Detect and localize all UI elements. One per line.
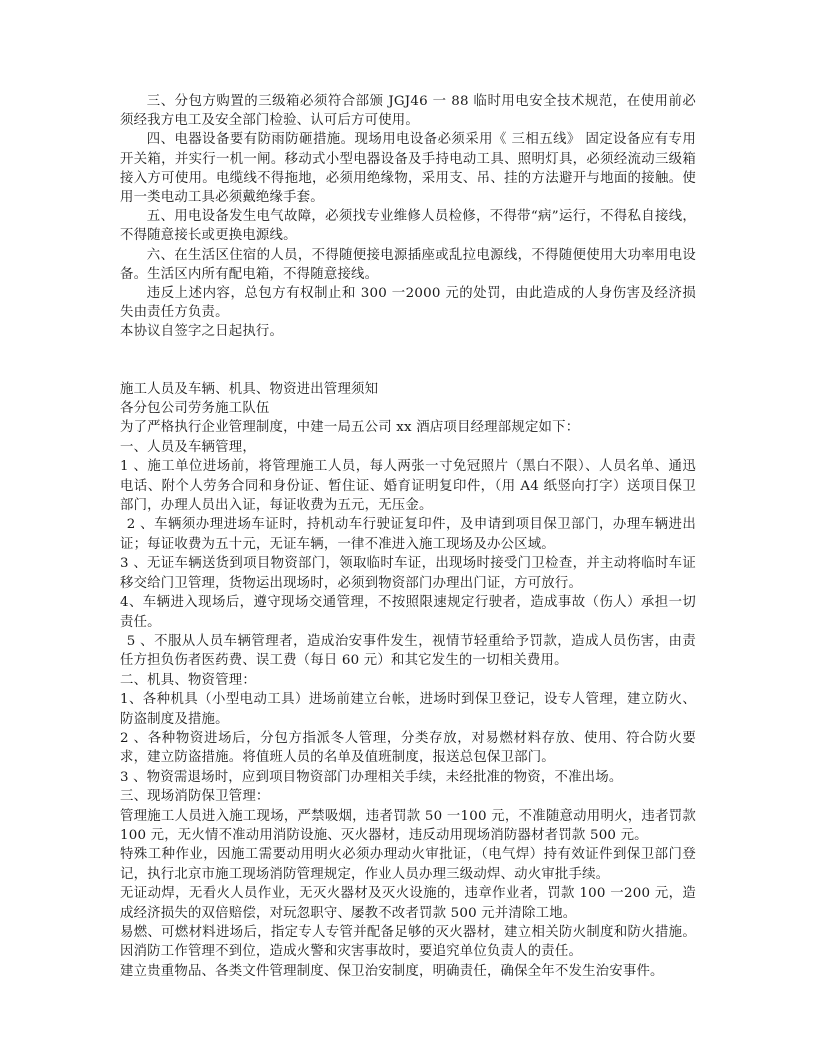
part3-item: 管理施工人员进入施工现场，严禁吸烟，违者罚款 50 一100 元，不准随意动用明… <box>120 807 696 846</box>
part1-heading: 一、人员及车辆管理， <box>120 438 696 457</box>
notice-title: 施工人员及车辆、机具、物资进出管理须知 <box>120 380 696 399</box>
notice-intro: 为了严格执行企业管理制度，中建一局五公司 xx 酒店项目经理部规定如下： <box>120 418 696 437</box>
part3-item: 建立贵重物品、各类文件管理制度、保卫治安制度，明确责任，确保全年不发生治安事件。 <box>120 962 696 981</box>
part3-heading: 三、现场消防保卫管理： <box>120 787 696 806</box>
paragraph-item-4: 四、电器设备要有防雨防砸措施。现场用电设备必须采用《 三相五线》 固定设备应有专… <box>120 130 696 207</box>
part3-item: 无证动焊，无看火人员作业，无灭火器材及灭火设施的，违章作业者，罚款 100 一2… <box>120 884 696 923</box>
paragraph-penalty: 违反上述内容，总包方有权制止和 300 一2000 元的处罚，由此造成的人身伤害… <box>120 284 696 322</box>
section-spacer <box>120 342 696 380</box>
part3-item: 特殊工种作业，因施工需要动用明火必须办理动火审批证，（电气焊）持有效证件到保卫部… <box>120 845 696 884</box>
part1-item: 2 、车辆须办理进场车证时，持机动车行驶证复印件，及申请到项目保卫部门，办理车辆… <box>120 515 696 554</box>
part1-item: 4、车辆进入现场后，遵守现场交通管理，不按照限速规定行驶者，造成事故（伤人）承担… <box>120 593 696 632</box>
part3-item: 易燃、可燃材料进场后，指定专人专管并配备足够的灭火器材，建立相关防火制度和防火措… <box>120 923 696 962</box>
notice-addressee: 各分包公司劳务施工队伍 <box>120 399 696 418</box>
part2-item: 3 、物资需退场时，应到项目物资部门办理相关手续，未经批准的物资，不准出场。 <box>120 768 696 787</box>
document-page: 三、分包方购置的三级箱必须符合部颁 JGJ46 一 88 临时用电安全技术规范，… <box>120 92 696 981</box>
paragraph-item-6: 六、在生活区住宿的人员，不得随便接电源插座或乱拉电源线，不得随便使用大功率用电设… <box>120 246 696 284</box>
part2-item: 1、各种机具（小型电动工具）进场前建立台帐，进场时到保卫登记，设专人管理，建立防… <box>120 690 696 729</box>
part1-item: 1 、施工单位进场前，将管理施工人员，每人两张一寸免冠照片（黑白不限）、人员名单… <box>120 457 696 515</box>
part2-item: 2 、各种物资进场后，分包方指派冬人管理，分类存放，对易燃材料存放、使用、符合防… <box>120 729 696 768</box>
part1-item: 5 、不服从人员车辆管理者，造成治安事件发生，视情节轻重给予罚款，造成人员伤害，… <box>120 632 696 671</box>
closing-statement: 本协议自签字之日起执行。 <box>120 322 696 341</box>
management-notice-section: 施工人员及车辆、机具、物资进出管理须知 各分包公司劳务施工队伍 为了严格执行企业… <box>120 380 696 982</box>
part2-heading: 二、机具、物资管理： <box>120 671 696 690</box>
agreement-section: 三、分包方购置的三级箱必须符合部颁 JGJ46 一 88 临时用电安全技术规范，… <box>120 92 696 342</box>
paragraph-item-3: 三、分包方购置的三级箱必须符合部颁 JGJ46 一 88 临时用电安全技术规范，… <box>120 92 696 130</box>
paragraph-item-5: 五、用电设备发生电气故障，必须找专业维修人员检修，不得带“病”运行，不得私自接线… <box>120 207 696 245</box>
part1-item: 3 、无证车辆送货到项目物资部门，领取临时车证，出现场时接受门卫检查，并主动将临… <box>120 554 696 593</box>
